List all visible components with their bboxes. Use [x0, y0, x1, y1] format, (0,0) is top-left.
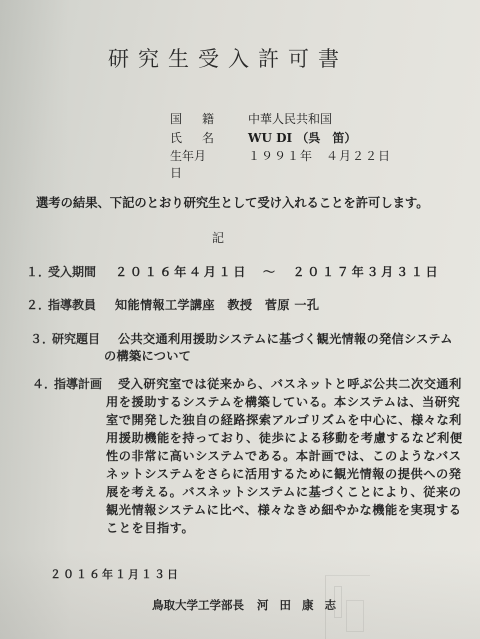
paper-shadow-bottom: [0, 549, 480, 639]
item-number: １．: [26, 263, 50, 280]
plan-line-3: 室で開発した独自の経路探索アルゴリズムを中心に、様々な利: [106, 411, 462, 428]
item-label: 指導教員: [48, 296, 96, 313]
issue-date: ２０１６年１月１３日: [50, 566, 180, 582]
info-label-nationality: 国 籍: [170, 110, 214, 127]
ki-heading: 記: [212, 229, 224, 246]
paper-shadow-left: [0, 0, 70, 639]
item-text-line-2: の構築について: [104, 347, 191, 364]
info-value-birthdate: １９９１年 ４月２２日: [248, 147, 391, 164]
plan-line-5: 性の非常に高いシステムである。本計画では、このようなバス: [106, 447, 461, 464]
info-label-birthdate: 生年月日: [170, 147, 214, 181]
plan-line-2: 用を援助するシステムを構築している。本システムは、当研究: [106, 393, 460, 410]
info-label-name: 氏 名: [170, 129, 214, 146]
item-text-line-1: 公共交通利用援助システムに基づく観光情報の発信システム: [118, 330, 453, 347]
plan-line-1: 受入研究室では従来から、バスネットと呼ぶ公共二次交通利: [118, 375, 462, 392]
item-number: ３．: [30, 330, 54, 347]
item-label: 指導計画: [54, 375, 102, 392]
signer-title: 鳥取大学工学部長: [152, 597, 244, 613]
official-seal-stamp: [325, 575, 370, 639]
plan-line-8: 観光情報システムに比べ、様々なきめ細やかな機能を実現する: [106, 501, 461, 518]
plan-line-9: ことを目指す。: [106, 519, 194, 536]
item-text: 知能情報工学講座 教授 菅原 一孔: [115, 296, 319, 313]
intro-sentence: 選考の結果、下記のとおり研究生として受け入れることを許可します。: [36, 193, 429, 211]
item-label: 受入期間: [48, 263, 96, 280]
plan-line-4: 用援助機能を持っており、徒歩による移動を考慮するなど利便: [106, 429, 463, 446]
item-text: ２０１６年４月１日 ～ ２０１７年３月３１日: [115, 263, 440, 280]
plan-line-7: 展を考える。バスネットシステムに基づくことにより、従来の: [106, 483, 461, 500]
item-number: ２．: [26, 296, 50, 313]
item-label: 研究題目: [52, 330, 100, 347]
item-number: ４．: [32, 375, 56, 392]
document-title: 研究生受入許可書: [108, 43, 348, 73]
plan-line-6: ネットシステムをさらに活用するために観光情報の提供への発: [106, 465, 461, 482]
info-value-nationality: 中華人民共和国: [248, 110, 332, 127]
info-value-name: WU DI （呉 笛）: [248, 129, 356, 146]
